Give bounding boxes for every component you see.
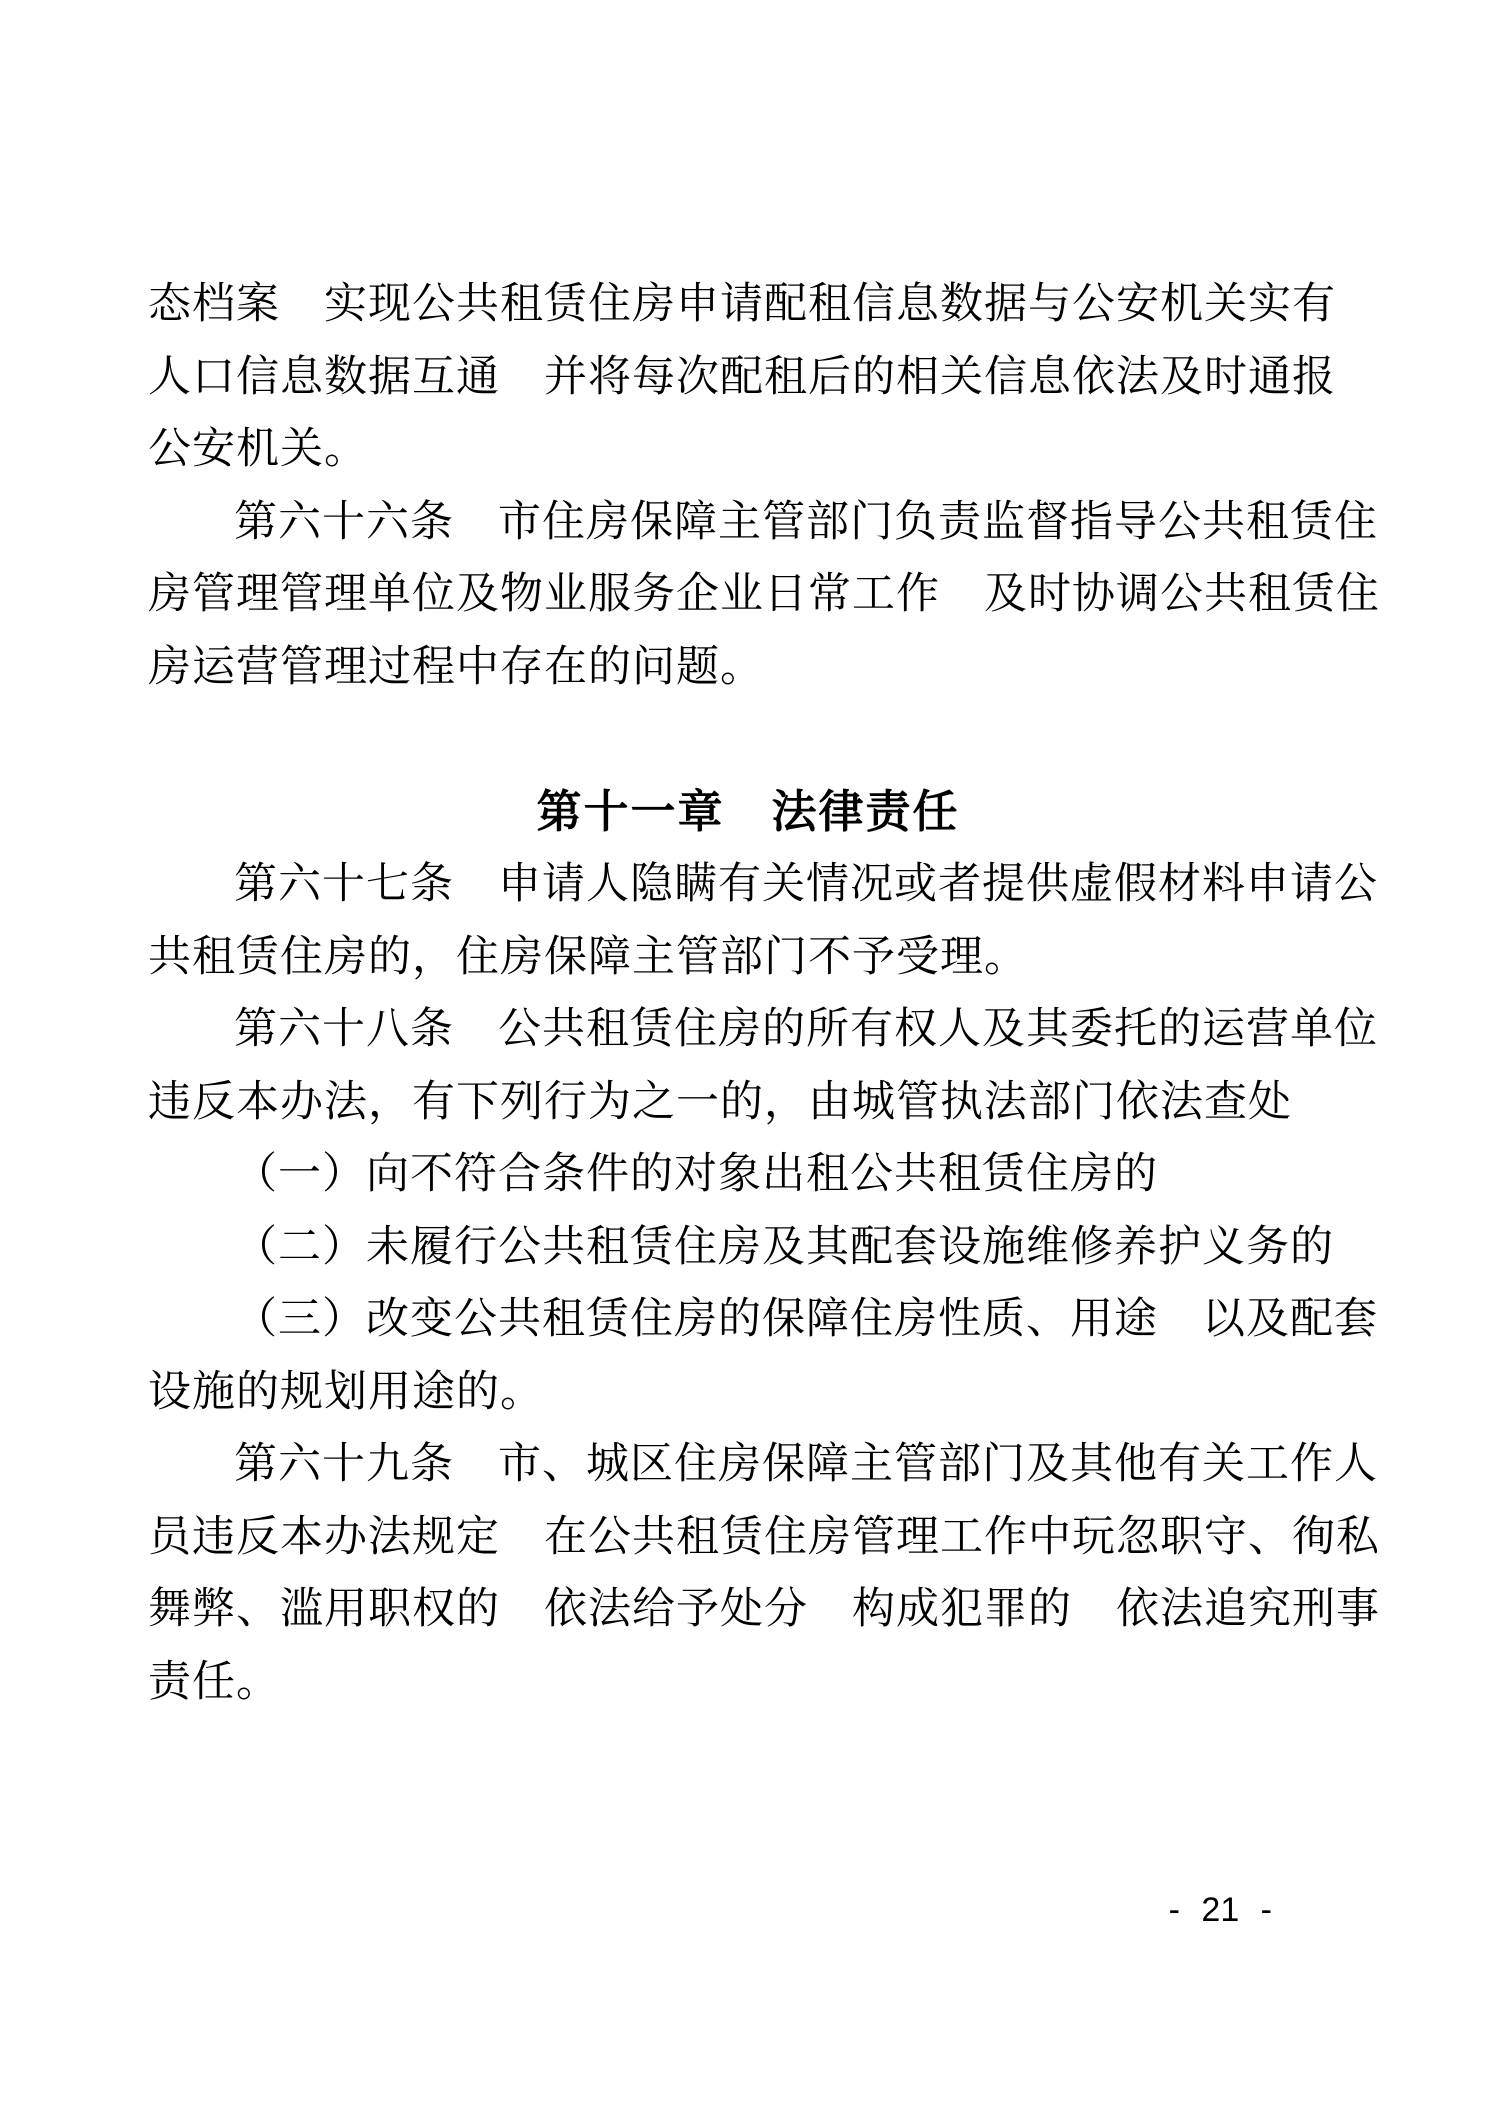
chapter-heading: 第十一章 法律责任 xyxy=(148,776,1348,849)
text-line: 责任。 xyxy=(148,1646,1348,1719)
page-number: - 21 - xyxy=(1169,1890,1272,1930)
text-line: 第六十六条 市住房保障主管部门负责监督指导公共租赁住 xyxy=(148,486,1348,559)
text-line: 房运营管理过程中存在的问题。 xyxy=(148,631,1348,704)
text-line: 房管理管理单位及物业服务企业日常工作 及时协调公共租赁住 xyxy=(148,558,1348,631)
text-line: 态档案 实现公共租赁住房申请配租信息数据与公安机关实有 xyxy=(148,268,1348,341)
text-line: 第六十七条 申请人隐瞒有关情况或者提供虚假材料申请公 xyxy=(148,848,1348,921)
text-line: 设施的规划用途的。 xyxy=(148,1356,1348,1429)
text-line: 违反本办法，有下列行为之一的，由城管执法部门依法查处 xyxy=(148,1066,1348,1139)
text-line: 第六十八条 公共租赁住房的所有权人及其委托的运营单位 xyxy=(148,993,1348,1066)
text-line: 共租赁住房的，住房保障主管部门不予受理。 xyxy=(148,921,1348,994)
document-page: 态档案 实现公共租赁住房申请配租信息数据与公安机关实有人口信息数据互通 并将每次… xyxy=(0,0,1488,2104)
text-line: （三）改变公共租赁住房的保障住房性质、用途 以及配套 xyxy=(148,1283,1348,1356)
blank-line xyxy=(148,703,1348,776)
text-line: （一）向不符合条件的对象出租公共租赁住房的 xyxy=(148,1138,1348,1211)
text-line: 员违反本办法规定 在公共租赁住房管理工作中玩忽职守、徇私 xyxy=(148,1501,1348,1574)
text-line: 舞弊、滥用职权的 依法给予处分 构成犯罪的 依法追究刑事 xyxy=(148,1573,1348,1646)
text-line: 第六十九条 市、城区住房保障主管部门及其他有关工作人 xyxy=(148,1428,1348,1501)
text-line: 公安机关。 xyxy=(148,413,1348,486)
text-line: （二）未履行公共租赁住房及其配套设施维修养护义务的 xyxy=(148,1211,1348,1284)
document-body: 态档案 实现公共租赁住房申请配租信息数据与公安机关实有人口信息数据互通 并将每次… xyxy=(148,268,1348,1718)
text-line: 人口信息数据互通 并将每次配租后的相关信息依法及时通报 xyxy=(148,341,1348,414)
